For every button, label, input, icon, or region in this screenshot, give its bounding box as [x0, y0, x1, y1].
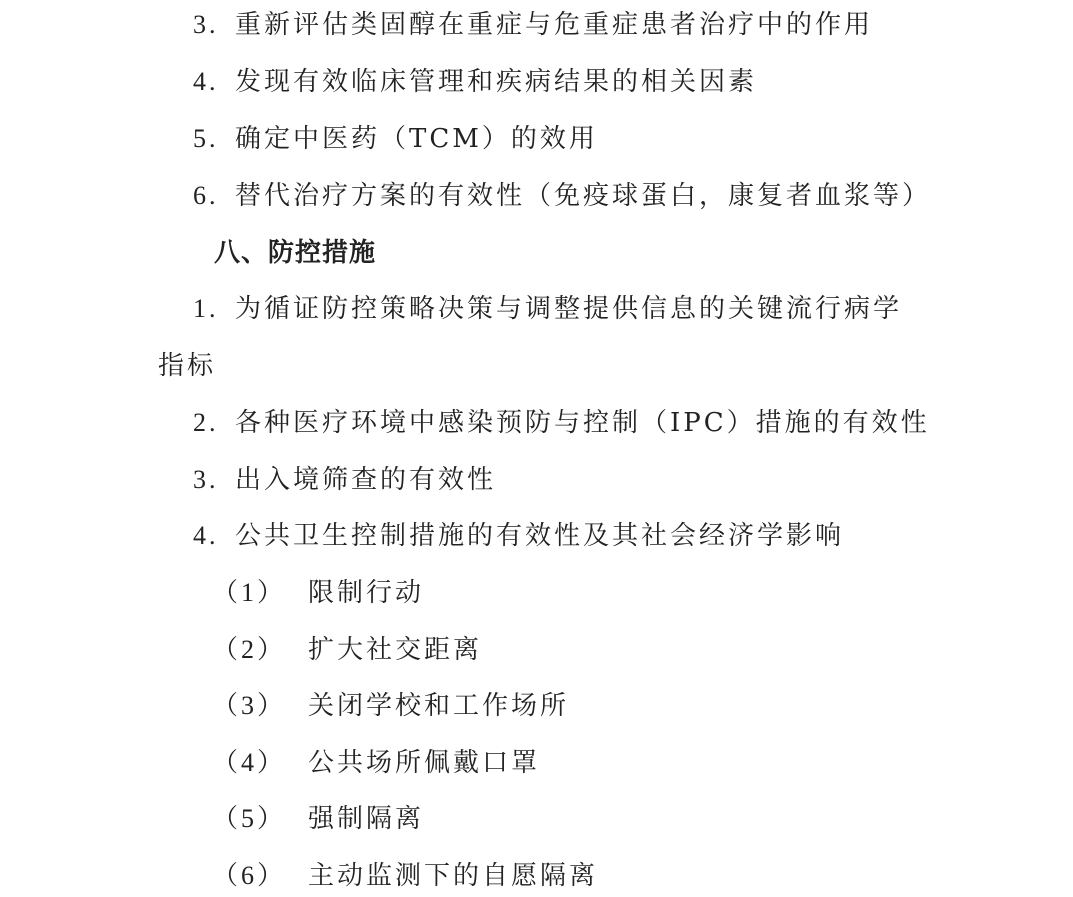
- item-text: 出入境筛查的有效性: [235, 465, 496, 495]
- list-item: 3.重新评估类固醇在重症与危重症患者治疗中的作用: [193, 8, 873, 42]
- section-heading: 八、防控措施: [214, 236, 376, 270]
- item-text: 为循证防控策略决策与调整提供信息的关键流行病学: [235, 294, 902, 324]
- item-number: 2.: [193, 406, 235, 440]
- sub-list-item: （4）公共场所佩戴口罩: [212, 746, 540, 780]
- list-item: 2.各种医疗环境中感染预防与控制（IPC）措施的有效性: [193, 406, 930, 440]
- item-number: 5.: [193, 122, 235, 156]
- sub-item-text: 关闭学校和工作场所: [308, 691, 569, 721]
- item-number: 3.: [193, 8, 235, 42]
- item-number: 4.: [193, 519, 235, 553]
- item-number: 4.: [193, 65, 235, 99]
- item-text: 公共卫生控制措施的有效性及其社会经济学影响: [235, 521, 844, 551]
- list-item: 3.出入境筛查的有效性: [193, 463, 496, 497]
- list-item: 5.确定中医药（TCM）的效用: [193, 122, 598, 156]
- sub-list-item: （5）强制隔离: [212, 802, 424, 836]
- sub-list-item: （1）限制行动: [212, 576, 424, 610]
- list-item: 6.替代治疗方案的有效性（免疫球蛋白，康复者血浆等）: [193, 179, 931, 213]
- sub-list-item: （2）扩大社交距离: [212, 633, 482, 667]
- sub-item-text: 限制行动: [308, 578, 424, 608]
- sub-item-number: （5）: [212, 802, 308, 836]
- item-continuation: 指标: [158, 349, 216, 383]
- item-text: 重新评估类固醇在重症与危重症患者治疗中的作用: [235, 10, 873, 40]
- item-number: 1.: [193, 292, 235, 326]
- sub-item-text: 公共场所佩戴口罩: [308, 748, 540, 778]
- sub-item-number: （3）: [212, 689, 308, 723]
- list-item: 4.公共卫生控制措施的有效性及其社会经济学影响: [193, 519, 844, 553]
- item-text: 各种医疗环境中感染预防与控制（IPC）措施的有效性: [235, 408, 930, 438]
- item-text: 确定中医药（TCM）的效用: [235, 124, 598, 154]
- sub-item-number: （2）: [212, 633, 308, 667]
- item-number: 3.: [193, 463, 235, 497]
- sub-item-number: （4）: [212, 746, 308, 780]
- sub-list-item: （6）主动监测下的自愿隔离: [212, 859, 598, 893]
- item-text: 替代治疗方案的有效性（免疫球蛋白，康复者血浆等）: [235, 181, 931, 211]
- sub-item-text: 扩大社交距离: [308, 635, 482, 665]
- sub-item-number: （1）: [212, 576, 308, 610]
- item-number: 6.: [193, 179, 235, 213]
- sub-list-item: （3）关闭学校和工作场所: [212, 689, 569, 723]
- sub-item-text: 强制隔离: [308, 804, 424, 834]
- sub-item-text: 主动监测下的自愿隔离: [308, 861, 598, 891]
- list-item: 4.发现有效临床管理和疾病结果的相关因素: [193, 65, 757, 99]
- sub-item-number: （6）: [212, 859, 308, 893]
- list-item: 1.为循证防控策略决策与调整提供信息的关键流行病学: [193, 292, 902, 326]
- item-text: 发现有效临床管理和疾病结果的相关因素: [235, 67, 757, 97]
